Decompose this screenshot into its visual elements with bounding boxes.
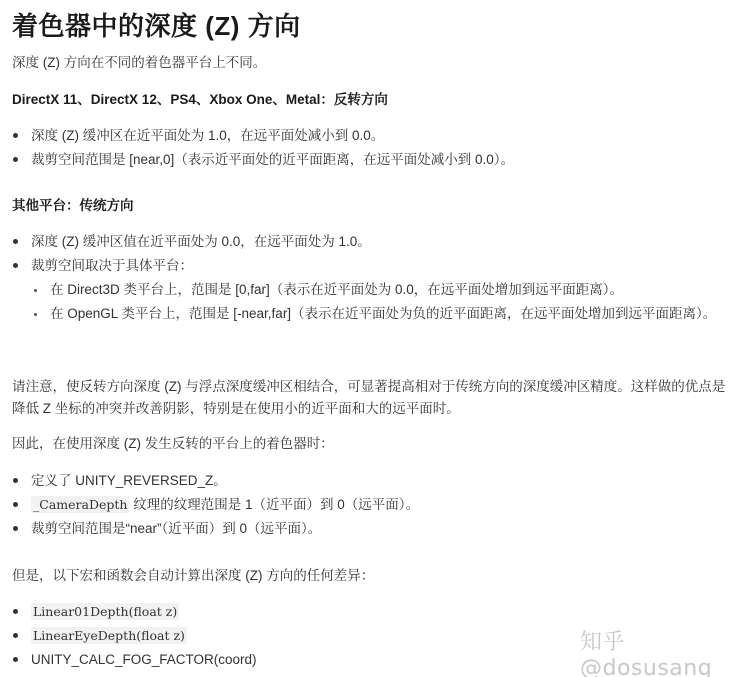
traditional-heading: 其他平台：传统方向: [12, 195, 134, 217]
reversed-heading: DirectX 11、DirectX 12、PS4、Xbox One、Metal…: [12, 89, 388, 111]
list-item: 深度 (Z) 缓冲区值在近平面处为 0.0，在远平面处为 1.0。: [12, 231, 732, 253]
bullet-icon: [13, 609, 18, 614]
bullet-icon: [13, 263, 18, 268]
however-paragraph: 但是，以下宏和函数会自动计算出深度 (Z) 方向的任何差异：: [12, 565, 374, 587]
bullet-icon: [13, 478, 18, 483]
page-title: 着色器中的深度 (Z) 方向: [12, 8, 301, 44]
list-item: 裁剪空间范围是“near”（近平面）到 0（远平面）。: [12, 518, 732, 540]
clip-space-sublist: 在 Direct3D 类平台上，范围是 [0,far]（表示在近平面处为 0.0…: [31, 279, 746, 325]
sub-bullet-icon: [34, 313, 37, 316]
code-camera-depth: _CameraDepth: [31, 496, 129, 513]
code-linear01depth: Linear01Depth(float z): [31, 603, 179, 620]
sub-list-item: 在 Direct3D 类平台上，范围是 [0,far]（表示在近平面处为 0.0…: [12, 279, 746, 301]
list-item: 裁剪空间取决于具体平台： 在 Direct3D 类平台上，范围是 [0,far]…: [12, 255, 732, 325]
bullet-icon: [13, 633, 18, 638]
intro-paragraph: 深度 (Z) 方向在不同的着色器平台上不同。: [12, 52, 266, 74]
code-lineareyedepth: LinearEyeDepth(float z): [31, 627, 187, 644]
list-item: 深度 (Z) 缓冲区在近平面处为 1.0，在远平面处减小到 0.0。: [12, 125, 732, 147]
reversed-effects-list: 定义了 UNITY_REVERSED_Z。 _CameraDepth 纹理的纹理…: [12, 470, 732, 542]
bullet-icon: [13, 157, 18, 162]
note-paragraph: 请注意，使反转方向深度 (Z) 与浮点深度缓冲区相结合，可显著提高相对于传统方向…: [12, 376, 727, 420]
bullet-icon: [13, 526, 18, 531]
reversed-list: 深度 (Z) 缓冲区在近平面处为 1.0，在远平面处减小到 0.0。 裁剪空间范…: [12, 125, 732, 173]
bullet-icon: [13, 657, 18, 662]
bullet-icon: [13, 133, 18, 138]
list-item: 定义了 UNITY_REVERSED_Z。: [12, 470, 732, 492]
watermark: 知乎 @dosusang: [580, 625, 746, 677]
therefore-paragraph: 因此，在使用深度 (Z) 发生反转的平台上的着色器时：: [12, 433, 334, 455]
list-item: Linear01Depth(float z): [12, 601, 732, 623]
sub-list-item: 在 OpenGL 类平台上，范围是 [-near,far]（表示在近平面处为负的…: [12, 303, 746, 325]
bullet-icon: [13, 239, 18, 244]
bullet-icon: [13, 502, 18, 507]
list-item: _CameraDepth 纹理的纹理范围是 1（近平面）到 0（远平面）。: [12, 494, 732, 516]
traditional-list: 深度 (Z) 缓冲区值在近平面处为 0.0，在远平面处为 1.0。 裁剪空间取决…: [12, 231, 732, 327]
sub-bullet-icon: [34, 289, 37, 292]
list-item: 裁剪空间范围是 [near,0]（表示近平面处的近平面距离，在远平面处减小到 0…: [12, 149, 732, 171]
